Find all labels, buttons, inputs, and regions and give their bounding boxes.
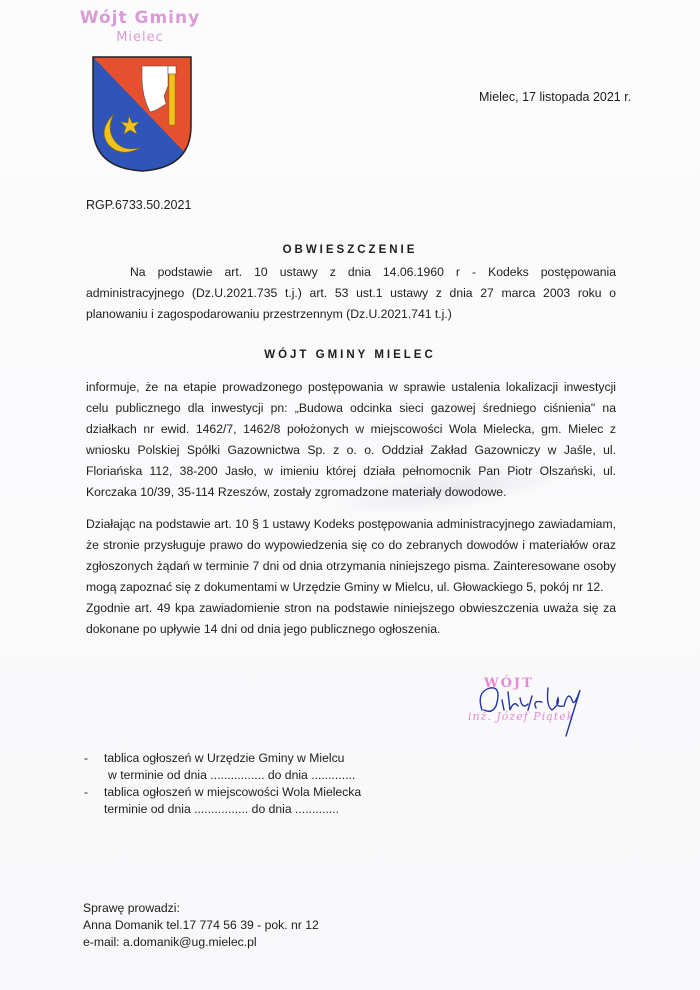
posting-line-1: tablica ogłoszeń w miejscowości Wola Mie… <box>104 784 361 801</box>
intro-paragraph: Na podstawie art. 10 ustawy z dnia 14.06… <box>86 262 616 325</box>
contact-footer: Sprawę prowadzi: Anna Domanik tel.17 774… <box>83 900 319 951</box>
document-date: Mielec, 17 listopada 2021 r. <box>479 90 631 104</box>
list-dash: - <box>84 784 88 801</box>
body-paragraph-1: informuje, że na etapie prowadzonego pos… <box>86 377 616 503</box>
posting-list-item: - tablica ogłoszeń w Urzędzie Gminy w Mi… <box>84 750 361 784</box>
posting-line-2: w terminie od dnia ................ do d… <box>104 767 361 784</box>
contact-label: Sprawę prowadzi: <box>83 900 319 917</box>
document-title: OBWIESZCZENIE <box>0 244 700 256</box>
posting-list-item: - tablica ogłoszeń w miejscowości Wola M… <box>84 784 361 818</box>
body-paragraph-3: Zgodnie art. 49 kpa zawiadomienie stron … <box>86 598 616 640</box>
list-dash: - <box>84 750 88 767</box>
document-page: Wójt Gminy Mielec Mielec, 17 listopada 2… <box>0 0 700 990</box>
handwritten-signature-icon <box>462 670 612 740</box>
coat-of-arms-icon <box>92 56 192 172</box>
contact-email[interactable]: e-mail: a.domanik@ug.mielec.pl <box>83 934 319 951</box>
signature-block: WÓJT inż. Józef Piątek <box>462 670 612 730</box>
stamp-line-1: Wójt Gminy <box>70 8 210 28</box>
reference-number: RGP.6733.50.2021 <box>86 198 191 212</box>
authority-heading: WÓJT GMINY MIELEC <box>0 349 700 361</box>
body-paragraph-2: Działając na podstawie art. 10 § 1 ustaw… <box>86 514 616 598</box>
posting-line-1: tablica ogłoszeń w Urzędzie Gminy w Miel… <box>104 750 361 767</box>
stamp-line-2: Mielec <box>70 30 210 45</box>
contact-person: Anna Domanik tel.17 774 56 39 - pok. nr … <box>83 917 319 934</box>
office-stamp: Wójt Gminy Mielec <box>70 8 210 45</box>
posting-list: - tablica ogłoszeń w Urzędzie Gminy w Mi… <box>84 750 361 818</box>
posting-line-2: terminie od dnia ................ do dni… <box>104 801 361 818</box>
